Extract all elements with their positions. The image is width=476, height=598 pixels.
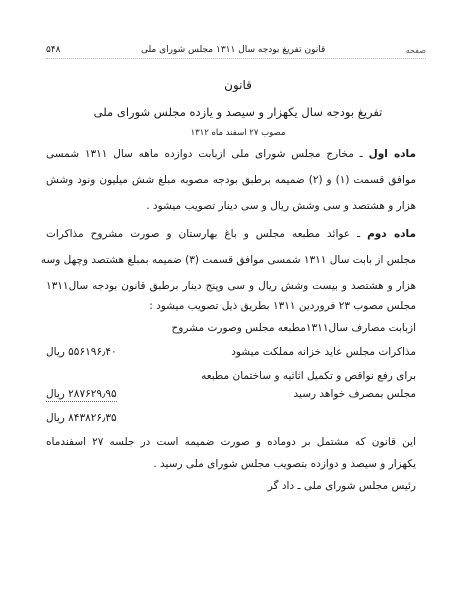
breakdown1-line1: ازبابت مصارف سال۱۳۱۱مطبعه مجلس وصورت مشر…: [172, 322, 416, 334]
closing-line1: این قانون که مشتمل بر دوماده و صورت ضمیم…: [46, 436, 416, 448]
running-header: صفحه قانون تفریغ بودجه سال ۱۳۱۱ مجلس شور…: [46, 42, 426, 59]
running-title: قانون تفریغ بودجه سال ۱۳۱۱ مجلس شورای مل…: [141, 45, 325, 55]
article1-line3: هزار و هشتصد و سی وشش ریال و سی دینار تص…: [46, 200, 416, 212]
article2-heading: ماده دوم: [367, 228, 416, 240]
breakdown1-amount: ۵۵۶۱۹۶٫۴۰ ریال: [46, 346, 117, 358]
document-page: صفحه قانون تفریغ بودجه سال ۱۳۱۱ مجلس شور…: [0, 0, 476, 598]
breakdown2-amount: ۲۸۷۶۲۹٫۹۵ ریال: [46, 388, 117, 402]
article1-line2: موافق قسمت (۱) و (۲) ضمیمه برطبق بودجه م…: [46, 174, 416, 186]
page-label: صفحه: [406, 46, 426, 55]
signature: رئیس مجلس شورای ملی ـ داد گر: [46, 480, 416, 492]
article2-line3: هزار و هشتصد و بیست وشش ریال و سی وپنج د…: [46, 280, 416, 292]
article2-line1: ماده دوم ـ عوائد مطبعه مجلس و باغ بهارست…: [46, 228, 416, 240]
closing-line2: یکهزار و سیصد و دوازده بتصویب مجلس شورای…: [46, 458, 416, 470]
article1-line1: ماده اول ـ مخارج مجلس شورای ملی ازبابت د…: [46, 148, 416, 160]
total-amount: ۸۴۳۸۲۶٫۳۵ ریال: [46, 412, 117, 424]
breakdown1-line2: مذاکرات مجلس عاید خزانه مملکت میشود: [231, 346, 416, 358]
article2-line2: مجلس از بابت سال ۱۳۱۱ شمسی موافق قسمت (۳…: [46, 254, 416, 266]
page-number: ۵۴۸: [46, 45, 61, 55]
breakdown2-line1: برای رفع نواقص و تکمیل اثاثیه و ساختمان …: [201, 370, 416, 382]
article2-line4: مجلس مصوب ۲۳ فروردین ۱۳۱۱ بطریق ذیل تصوی…: [149, 300, 416, 312]
law-title: قانون: [0, 78, 476, 92]
law-subtitle: تفریغ بودجه سال یکهزار و سیصد و یازده مج…: [40, 105, 436, 119]
approval-date: مصوب ۲۷ اسفند ماه ۱۳۱۲: [0, 128, 476, 138]
article1-heading: ماده اول: [369, 148, 416, 160]
breakdown2-line2: مجلس بمصرف خواهد رسید: [294, 388, 416, 400]
